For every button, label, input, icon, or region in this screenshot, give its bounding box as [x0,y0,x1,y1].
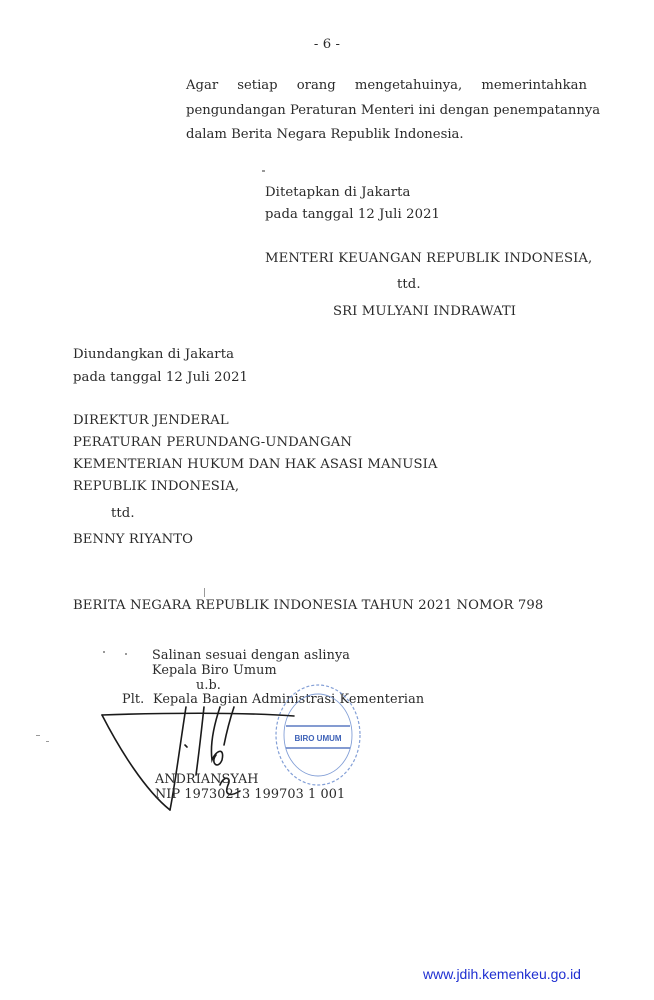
certification-line-2: Kepala Biro Umum [152,663,277,679]
word: mengetahuinya, [355,74,462,99]
paragraph-line-2: pengundangan Peraturan Menteri ini denga… [186,99,587,124]
director-signed: ttd. [111,506,135,522]
scan-speck [262,170,265,172]
scan-speck [103,651,105,653]
word: setiap [237,74,277,99]
minister-title: MENTERI KEUANGAN REPUBLIK INDONESIA, [265,251,592,267]
paragraph-line-3: dalam Berita Negara Republik Indonesia. [186,123,587,148]
scan-mark [204,588,205,597]
word: Agar [186,74,218,99]
word: memerintahkan [481,74,587,99]
promulgation-place: Diundangkan di Jakarta [73,347,234,363]
minister-signed: ttd. [397,277,421,293]
enactment-date: pada tanggal 12 Juli 2021 [265,207,440,223]
director-title-line-4: REPUBLIK INDONESIA, [73,479,239,495]
paragraph-line-1: Agar setiap orang mengetahuinya, memerin… [186,74,587,99]
minister-name: SRI MULYANI INDRAWATI [333,304,516,320]
enactment-place: Ditetapkan di Jakarta [265,185,410,201]
promulgation-date: pada tanggal 12 Juli 2021 [73,370,248,386]
page-number: - 6 - [0,37,654,53]
certification-line-1: Salinan sesuai dengan aslinya [152,648,350,664]
gazette-reference: BERITA NEGARA REPUBLIK INDONESIA TAHUN 2… [73,598,543,614]
director-name: BENNY RIYANTO [73,532,193,548]
closing-paragraph: Agar setiap orang mengetahuinya, memerin… [186,74,587,148]
certifier-name: ANDRIANSYAH [155,772,259,788]
scan-speck [125,653,127,655]
director-title-line-2: PERATURAN PERUNDANG-UNDANGAN [73,435,352,451]
director-title-line-3: KEMENTERIAN HUKUM DAN HAK ASASI MANUSIA [73,457,438,473]
jdih-website-link[interactable]: www.jdih.kemenkeu.go.id [423,966,581,982]
scan-speck [36,735,40,736]
director-title-line-1: DIREKTUR JENDERAL [73,413,229,429]
scan-speck [46,741,49,742]
certifier-nip: NIP 19730213 199703 1 001 [155,787,345,803]
word: orang [297,74,336,99]
